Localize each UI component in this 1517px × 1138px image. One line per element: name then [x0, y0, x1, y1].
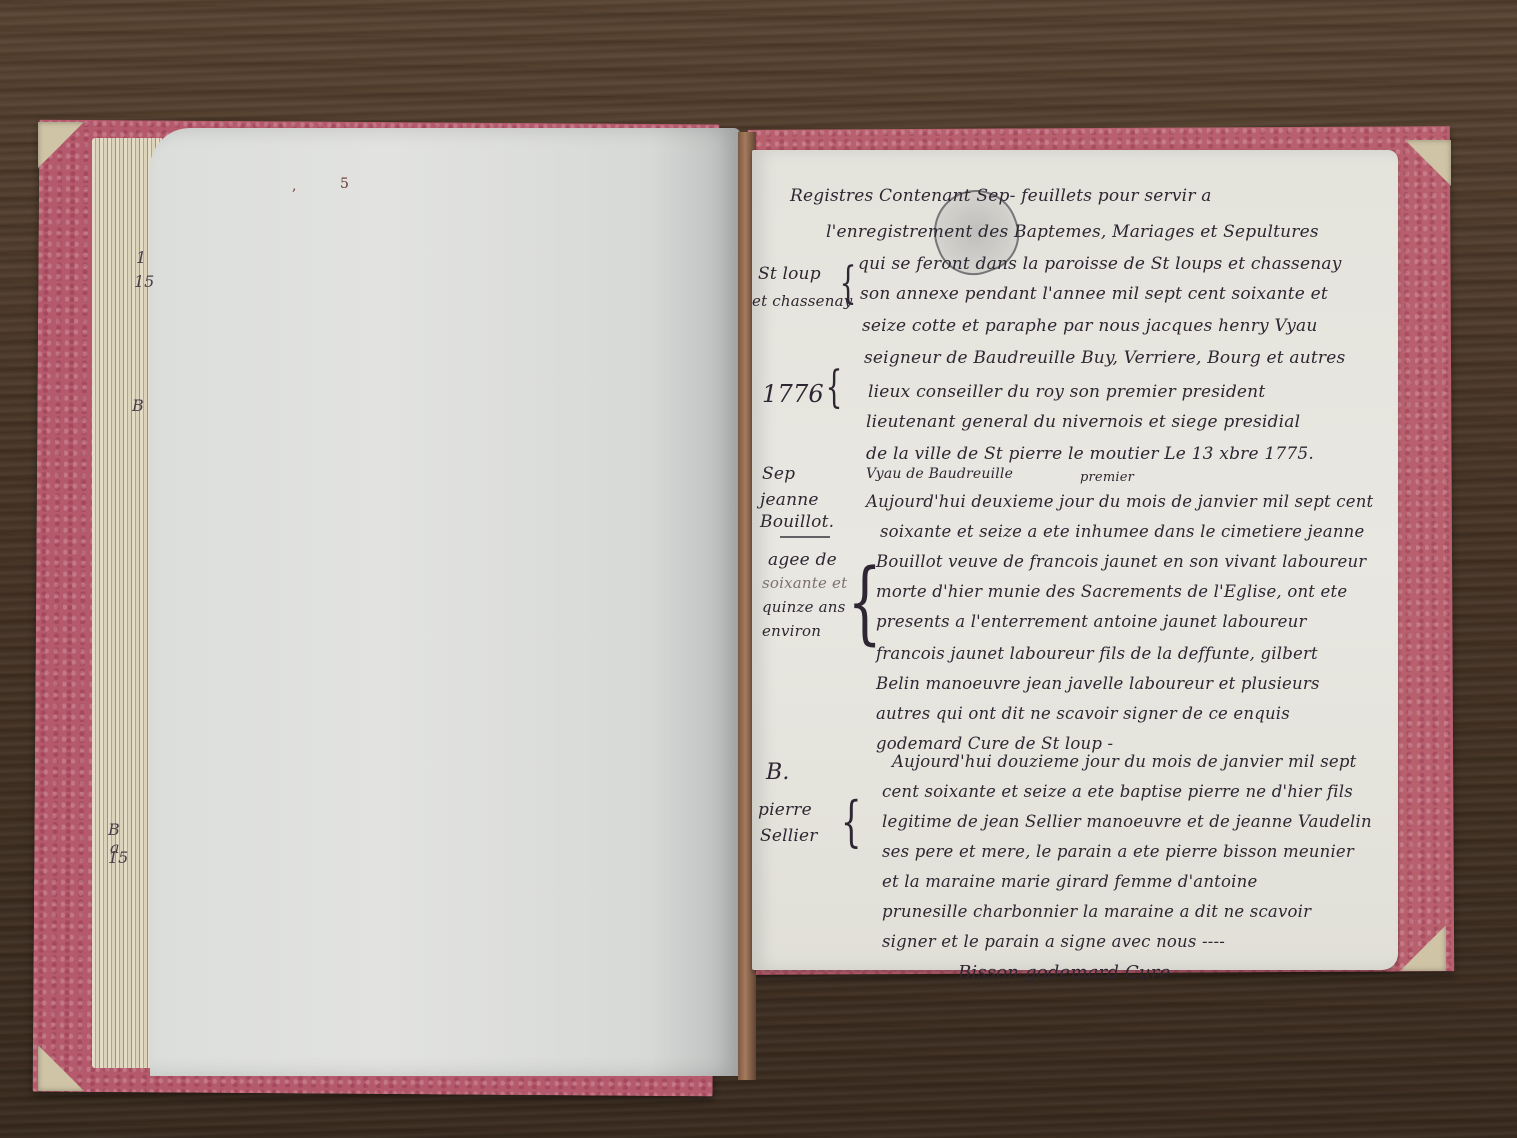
margin-baptized-name: Sellier	[760, 826, 818, 846]
margin-age: soixante et	[762, 574, 847, 592]
commissioner-signature: Vyau de Baudreuille	[866, 466, 1013, 482]
entry-line: et la maraine marie girard femme d'antoi…	[882, 872, 1257, 891]
entry-line: legitime de jean Sellier manoeuvre et de…	[882, 812, 1372, 831]
entry-line: ses pere et mere, le parain a ete pierre…	[882, 842, 1354, 861]
entry-line: Aujourd'hui deuxieme jour du mois de jan…	[866, 492, 1373, 511]
left-page-top-mark: 5	[340, 176, 349, 192]
header-line: qui se feront dans la paroisse de St lou…	[858, 254, 1342, 274]
header-line: lieux conseiller du roy son premier pres…	[868, 382, 1265, 402]
underline	[780, 536, 830, 538]
entry-line: cent soixante et seize a ete baptise pie…	[882, 782, 1353, 801]
header-line: lieutenant general du nivernois et siege…	[866, 412, 1300, 432]
margin-deceased-name: Bouillot.	[760, 512, 834, 532]
left-edge-note: 1	[136, 248, 146, 267]
entry-line: francois jaunet laboureur fils de la def…	[876, 644, 1318, 663]
left-edge-note: 15	[134, 272, 154, 291]
entry-line: signer et le parain a signe avec nous --…	[882, 932, 1225, 951]
left-page: , 5	[150, 128, 740, 1076]
margin-baptized-name: pierre	[758, 800, 812, 820]
margin-age: environ	[762, 622, 821, 640]
brace-mark: {	[841, 790, 862, 853]
left-edge-note: 15	[108, 848, 128, 867]
header-line: seigneur de Baudreuille Buy, Verriere, B…	[864, 348, 1345, 368]
entry-line: morte d'hier munie des Sacrements de l'E…	[876, 582, 1347, 601]
entry-line: autres qui ont dit ne scavoir signer de …	[876, 704, 1290, 723]
entry-type-mark: Sep	[762, 464, 795, 484]
margin-parish-name: St loup	[758, 264, 821, 284]
margin-age: quinze ans	[762, 598, 846, 616]
header-line: Registres Contenant Sep- feuillets pour …	[790, 186, 1212, 206]
entry-line: soixante et seize a ete inhumee dans le …	[880, 522, 1364, 541]
entry-line: Bouillot veuve de francois jaunet en son…	[876, 552, 1366, 571]
inserted-word: premier	[1080, 470, 1134, 485]
entry-type-mark: B.	[766, 760, 790, 785]
brace-mark: {	[826, 362, 843, 413]
entry-line: Belin manoeuvre jean javelle laboureur e…	[876, 674, 1320, 693]
brace-mark: {	[840, 258, 857, 309]
entry-signature: godemard Cure de St loup -	[876, 734, 1113, 753]
entry-line: Aujourd'hui douzieme jour du mois de jan…	[892, 752, 1356, 771]
header-line: de la ville de St pierre le moutier Le 1…	[866, 444, 1314, 464]
header-line: l'enregistrement des Baptemes, Mariages …	[826, 222, 1319, 242]
left-edge-note: B	[108, 820, 120, 839]
header-line: son annexe pendant l'annee mil sept cent…	[860, 284, 1328, 304]
margin-age: agee de	[768, 550, 837, 570]
entry-line: presents a l'enterrement antoine jaunet …	[876, 612, 1307, 631]
entry-line: prunesille charbonnier la maraine a dit …	[882, 902, 1311, 921]
ink-spot: ,	[292, 178, 296, 194]
margin-deceased-name: jeanne	[760, 490, 819, 510]
left-edge-note: B	[132, 396, 144, 415]
margin-parish-name: et chassenay	[752, 292, 852, 310]
header-line: seize cotte et paraphe par nous jacques …	[862, 316, 1318, 336]
entry-signatures: Bisson godemard Cure	[958, 962, 1170, 983]
margin-year: 1776	[762, 380, 824, 408]
